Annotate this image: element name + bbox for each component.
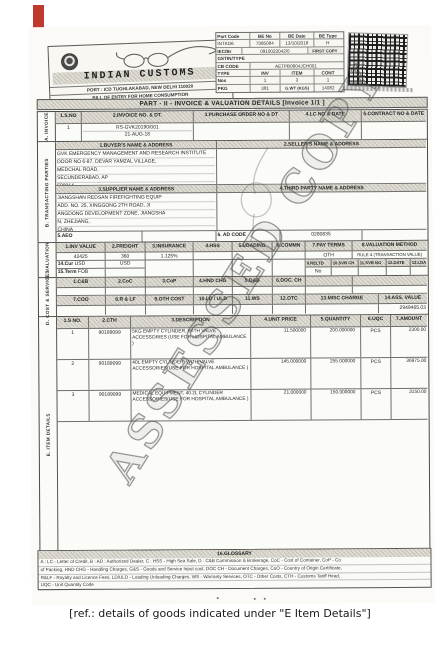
item-sno: 3 — [57, 391, 89, 421]
term-label: 15.Term — [58, 269, 77, 277]
item-quantity: 255.000000 — [311, 358, 361, 388]
cell-empty — [57, 288, 106, 295]
cell-empty — [194, 305, 233, 314]
type-item: ITEM — [281, 69, 315, 76]
col-lda: 13.LDA — [411, 259, 427, 266]
cell-empty — [387, 267, 411, 275]
col-coo: 7.COO — [57, 296, 106, 305]
col-purchase-order: 3.PURCHASE ORDER NO & DT — [194, 111, 290, 123]
item-row: 3 90189099 MEDICAL EQUIPMENT, 40.2L CYLI… — [57, 389, 427, 422]
cost-values-row-2: 2949465.03 — [57, 304, 427, 315]
item-row: 1 90189099 5KG EMPTY CYLINDER, WITH VALV… — [57, 327, 427, 360]
buyer-address-block: GVK EMERGENCY MANAGEMENT AND RESEARCH IN… — [56, 149, 217, 185]
col-coc: 2.CoC — [106, 278, 146, 287]
cell-empty — [362, 230, 426, 240]
ass-value: 2949465.03 — [379, 304, 427, 313]
buyer-header: 1.BUYER'S NAME & ADDRESS — [56, 141, 217, 149]
glossary-line: UQC - Unit Quantity Code — [39, 580, 431, 589]
iec-value: 0910023042/0 — [242, 47, 308, 54]
type-label: TYPE — [217, 70, 251, 77]
invoice-sno-value: 1 — [56, 124, 82, 141]
item-row: 2 90189099 40L EMPTY CYLINDER, WITH VALV… — [57, 358, 427, 391]
item-quantity: 200.000000 — [311, 327, 361, 357]
item-description: 40L EMPTY CYLINDER, WITH VALVE ACCESSORI… — [131, 359, 251, 390]
svb-values-row: No — [306, 267, 427, 276]
col-be-type: BE Type — [314, 32, 341, 39]
item-unit-price: 145.000000 — [251, 359, 311, 389]
item-unit-price: 21.000000 — [251, 390, 311, 420]
be-type-value: H — [314, 40, 341, 47]
customs-header-box: INDIAN CUSTOMS PORT : ICD TUGHLAKABAD, N… — [47, 39, 233, 106]
col-ld-uld: 10.LD / ULD — [194, 295, 233, 304]
page: INDIAN CUSTOMS PORT : ICD TUGHLAKABAD, N… — [0, 0, 440, 663]
cell-empty — [142, 231, 215, 241]
col-ws: 11.WS — [233, 295, 273, 304]
cell-empty — [273, 252, 306, 259]
col-invoice-no-dt: 2.INVOICE NO. & DT. — [82, 111, 194, 123]
reltd-value: No — [306, 267, 332, 275]
col-invoice-sno: 1.S.NO — [56, 112, 82, 123]
col-cb: 1.C&B — [57, 278, 106, 287]
item-cth: 90189099 — [89, 391, 131, 421]
red-corner-mark — [33, 5, 44, 28]
cell-empty — [353, 286, 427, 293]
term-mini-row: 15.Term FOB — [57, 269, 105, 277]
item-sno: 2 — [57, 360, 89, 390]
col-misc-charge: 13.MISC CHARGE — [306, 294, 379, 303]
col-lc-no-date: 4.LC NO & DATE — [290, 110, 362, 121]
item-cth: 90189099 — [89, 360, 131, 390]
cell-empty — [146, 287, 194, 294]
section-a-rail: A. INVOICE — [38, 112, 56, 141]
cb-code-value: AETPB0804JCH001 — [250, 62, 341, 69]
be-date-value: 13/10/2018 — [280, 40, 314, 47]
col-inv-value: 1.INV VALUE — [57, 243, 106, 252]
svb-subtable: 9.RELTD 10.SVB CH 11.SVB NO 12.DATE 13.L… — [306, 259, 427, 276]
cell-empty — [194, 287, 233, 294]
freight-value: 360 — [106, 253, 146, 260]
cell-empty — [106, 288, 146, 295]
cur-value: USD — [75, 261, 86, 268]
type-inv: INV — [251, 70, 281, 77]
item-details-blank-area — [58, 420, 429, 552]
cell-empty — [306, 304, 379, 313]
col-uqc: 6.UQC — [361, 315, 391, 326]
cell-empty — [233, 287, 273, 294]
pkg-row: PKG 381 G.WT (KGS) 14082 — [217, 84, 344, 92]
col-oth-cost: 9.OTH COST — [146, 295, 194, 304]
cell-empty — [233, 305, 273, 314]
cell-empty — [273, 305, 306, 314]
pkg-label: PKG — [217, 85, 251, 93]
col-doc-ch: 6.DOC. CH — [273, 277, 306, 286]
cell-empty — [194, 252, 233, 259]
cell-empty — [233, 260, 273, 276]
col-hnd-chg: 4.HND CHG — [194, 277, 233, 286]
type-cont: CONT — [315, 69, 342, 76]
item-unit-price: 11.500000 — [251, 328, 311, 358]
col-db: 5.D&B — [233, 277, 273, 286]
cell-empty — [233, 252, 273, 259]
be-no-value: 7095084 — [250, 40, 280, 47]
cell-empty — [290, 122, 362, 139]
col-ass-value: 14.ASS. VALUE — [379, 294, 427, 303]
aeo-label: 5.AEO — [56, 232, 142, 243]
cur2-value: USD — [106, 261, 145, 269]
cell-empty — [273, 260, 306, 276]
qr-caption-smudge — [343, 86, 413, 92]
section-item-details: E. ITEM DETAILS 1.S NO. 2.CTH 3.DESCRIPT… — [39, 315, 429, 552]
item-amount: 2300.00 — [391, 327, 427, 357]
section-b-label: B. TRANSACTING PARTIES — [44, 158, 49, 227]
cell-empty — [57, 306, 106, 315]
supplier-address-block: JIANGSHAN REDSAN FIREFIGHTING EQUIP ADD.… — [56, 193, 217, 231]
cell-empty — [146, 305, 194, 314]
col-be-date: BE Date — [280, 32, 314, 39]
col-unit-price: 4.UNIT PRICE — [251, 316, 311, 327]
section-b-rail: B. TRANSACTING PARTIES — [38, 142, 57, 242]
gwt-value: 14082 — [315, 84, 342, 92]
section-e-label: E. ITEM DETAILS — [46, 413, 51, 456]
scanned-document: INDIAN CUSTOMS PORT : ICD TUGHLAKABAD, N… — [28, 25, 435, 605]
invoice-date-value: 21-AUG-18 — [83, 131, 192, 138]
section-d-rail: D. COST & SERVICES — [39, 278, 57, 316]
supplier-header: 3.SUPPLIER NAME & ADDRESS — [56, 185, 217, 193]
term-value: FOB — [78, 269, 88, 277]
pay-terms-value: OTH — [306, 251, 353, 258]
copy-type-badge: FIRST COPY — [308, 47, 341, 54]
item-amount: 36975.00 — [391, 358, 427, 388]
col-svb-no: 11.SVB NO — [359, 259, 387, 266]
valuation-method-value: RULE 4 (TRANSACTION VALUE) — [353, 251, 427, 258]
col-rlf: 8.R & LF — [106, 296, 146, 305]
col-insurance: 3.INSURANCE — [146, 242, 194, 251]
cell-empty — [106, 306, 146, 315]
nos-item: 3 — [281, 77, 315, 84]
nos-inv: 1 — [251, 77, 281, 84]
speck — [254, 598, 256, 600]
col-quantity: 5.QUANTITY — [311, 315, 361, 326]
cell-empty — [306, 276, 353, 285]
col-svb-date: 12.DATE — [387, 259, 411, 266]
col-valuation-method: 8.VALUATION METHOD — [353, 241, 427, 250]
cell-empty — [332, 267, 359, 275]
col-amount: 7.AMOUNT — [391, 315, 427, 326]
gstin-label: GSTIN/TYPE — [216, 54, 341, 61]
cell-empty — [359, 267, 387, 275]
speck — [217, 597, 219, 599]
item-description: 5KG EMPTY CYLINDER, WITH VALVE ACCESSORI… — [131, 328, 251, 359]
section-valuation: C. VALUATION 1.INV VALUE 2.FREIGHT 3.INS… — [39, 241, 428, 278]
col-reltd: 9.RELTD — [306, 259, 332, 266]
col-otc: 12.OTC — [273, 295, 306, 304]
inv-value: 42425 — [57, 253, 106, 260]
currency2-cell: USD — [106, 261, 146, 277]
cell-empty — [146, 260, 194, 276]
item-uqc: PCS — [361, 327, 391, 357]
qr-code — [347, 32, 409, 88]
col-be-no: BE No — [250, 33, 280, 40]
cell-empty — [362, 122, 426, 139]
item-uqc: PCS — [361, 389, 391, 419]
cell-empty — [194, 260, 233, 276]
col-contract-no-date: 5.CONTRACT NO & DATE — [362, 110, 426, 121]
item-quantity: 150.000000 — [311, 389, 361, 419]
currency-term-cell: 14.Cur USD 15.Term FOB — [57, 261, 106, 277]
cell-empty — [411, 267, 427, 275]
nos-label: Nos — [217, 77, 251, 84]
col-item-sno: 1.S NO. — [57, 317, 89, 328]
col-cop: 3.CoP — [146, 277, 194, 286]
col-pay-terms: 7.PAY TERMS — [306, 241, 353, 250]
speck — [264, 598, 266, 600]
col-freight: 2.FREIGHT — [106, 243, 146, 252]
gwt-label: G.WT (KGS) — [281, 84, 315, 92]
nos-cont: 1 — [315, 77, 342, 84]
section-d-label: D. COST & SERVICES — [45, 270, 50, 325]
scan-specks — [28, 25, 431, 27]
section-e-rail: E. ITEM DETAILS — [39, 317, 58, 552]
be-info-table: Port Code BE No BE Date BE Type INTKD6 7… — [215, 31, 344, 93]
insurance-value: 1.125% — [146, 252, 194, 259]
invoice-values-row: 1 RS-GVK20190/001 21-AUG-18 — [56, 122, 426, 141]
cell-empty — [106, 269, 145, 277]
valuation-sub-row: 14.Cur USD 15.Term FOB USD — [57, 259, 427, 277]
iec-label: IEC/Br — [216, 48, 242, 55]
cell-empty — [306, 286, 353, 293]
item-sno: 1 — [57, 329, 89, 359]
customs-emblem-icon — [61, 53, 79, 71]
cell-empty — [194, 123, 290, 141]
cell-empty — [273, 287, 306, 294]
glossary-box: 16.GLOSSARY A : LC - Letter of Credit, B… — [37, 548, 431, 591]
col-cth: 2.CTH — [89, 317, 131, 328]
port-code-value: INTKD6 — [216, 40, 250, 47]
cell-empty — [353, 276, 427, 285]
col-description: 3.DESCRIPTION — [131, 316, 251, 328]
item-uqc: PCS — [361, 358, 391, 388]
col-svb-ch: 10.SVB CH — [332, 259, 359, 266]
col-port-code: Port Code — [216, 33, 250, 40]
section-invoice: A. INVOICE 1.S.NO 2.INVOICE NO. & DT. 3.… — [38, 110, 427, 142]
cur-label: 14.Cur — [58, 261, 74, 268]
item-cth: 90189099 — [89, 329, 131, 359]
invoice-no-dt-value: RS-GVK20190/001 21-AUG-18 — [82, 123, 194, 141]
item-description: MEDICAL EQUIPMENT, 40.2L CYLINDER ACCESS… — [131, 390, 251, 421]
cb-code-label: CB CODE — [216, 62, 250, 69]
section-a-label: A. INVOICE — [44, 112, 49, 141]
bottom-caption: [ref.: details of goods indicated under … — [0, 607, 440, 620]
pen-stamp-doodle — [224, 144, 295, 244]
section-cost-services: D. COST & SERVICES 1.C&B 2.CoC 3.CoP 4.H… — [39, 276, 428, 317]
item-amount: 3150.00 — [391, 389, 427, 419]
pkg-value: 381 — [251, 84, 281, 92]
